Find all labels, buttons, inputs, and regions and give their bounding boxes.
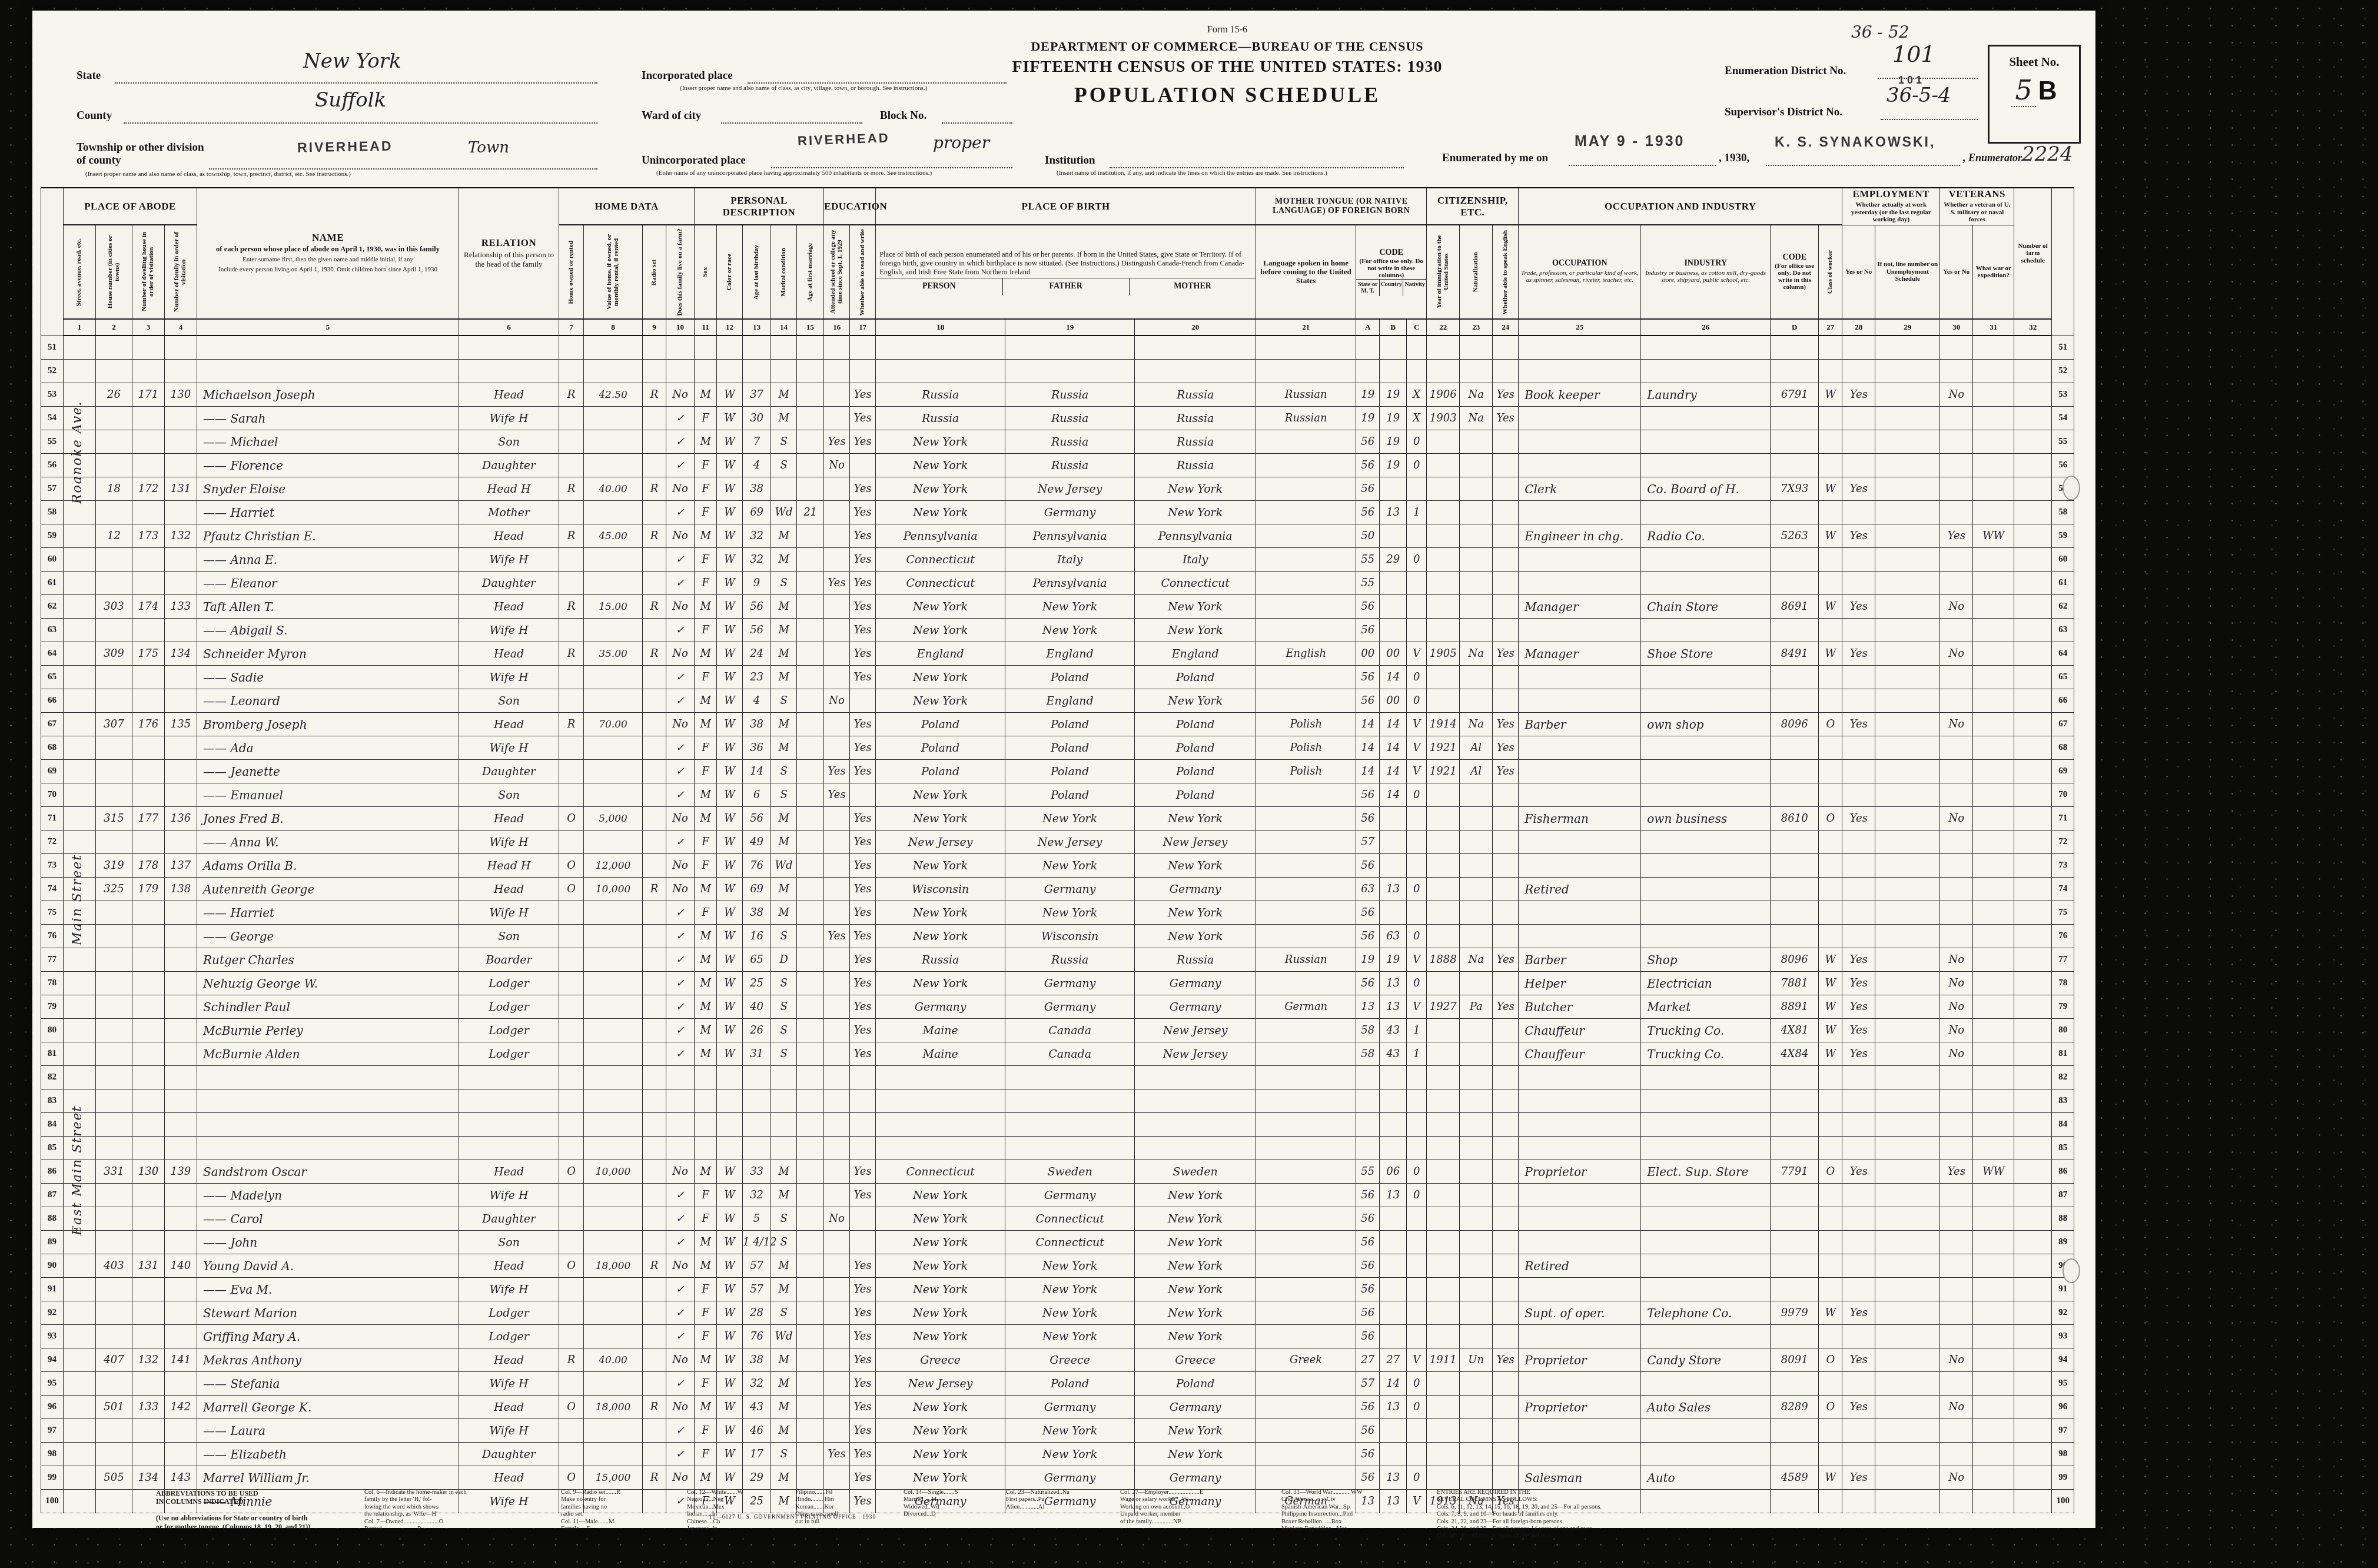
township-script: Town <box>468 139 509 157</box>
cell-bp: Poland <box>876 713 1005 736</box>
cell-fs <box>2014 595 2052 619</box>
person-row: 8585 <box>41 1137 2074 1160</box>
cell-war <box>1973 1466 2014 1490</box>
cell-dw: 178 <box>132 854 165 878</box>
cell-cls <box>1819 1113 1842 1137</box>
cell-sex: F <box>695 1325 717 1348</box>
census-sheet: Form 15-6 DEPARTMENT OF COMMERCE—BUREAU … <box>32 11 2095 1528</box>
cell-fs <box>2014 760 2052 783</box>
cell-yr <box>1427 454 1460 477</box>
ed-line <box>1878 66 1978 79</box>
cell-race: W <box>717 1231 743 1254</box>
cell-occ <box>1519 1113 1641 1137</box>
column-number: 24 <box>1493 319 1519 335</box>
cell-rw <box>850 454 876 477</box>
cell-un <box>1875 1066 1940 1089</box>
cell-code <box>1771 878 1819 901</box>
cell-radio: R <box>643 1396 666 1419</box>
cell-bf: Germany <box>1005 1466 1135 1490</box>
cell-mar: M <box>771 1466 797 1490</box>
cell-rel: Wife H <box>459 666 559 689</box>
cell-bm: New York <box>1135 901 1256 925</box>
cell-vet <box>1940 901 1973 925</box>
cell-ind <box>1641 854 1771 878</box>
column-number: 20 <box>1135 319 1256 335</box>
cell-sex: F <box>695 1419 717 1443</box>
line-number: 79 <box>41 995 64 1019</box>
cell-fam <box>165 1019 197 1042</box>
column-family-number: Number of family in order of visitation <box>165 225 197 319</box>
cell-sex: M <box>695 383 717 407</box>
cell-cb <box>1380 1254 1407 1278</box>
cell-race: W <box>717 1019 743 1042</box>
line-number: 80 <box>41 1019 64 1042</box>
cell-fam: 137 <box>165 854 197 878</box>
cell-age: 1 4/12 <box>743 1231 771 1254</box>
column-number: 9 <box>643 319 666 335</box>
cell-war: WW <box>1973 1160 2014 1184</box>
cell-cc <box>1407 1278 1427 1301</box>
cell-rw: Yes <box>850 477 876 501</box>
cell-cls: O <box>1819 1160 1842 1184</box>
cell-emp <box>1842 878 1875 901</box>
cell-un <box>1875 1207 1940 1231</box>
cell-bp: New York <box>876 477 1005 501</box>
cell-bm: Russia <box>1135 454 1256 477</box>
code-title: CODE <box>1356 248 1426 258</box>
cell-ca: 56 <box>1356 1184 1380 1207</box>
cell-mar: M <box>771 901 797 925</box>
cell-cls <box>1819 407 1842 430</box>
cell-bf: Poland <box>1005 1372 1135 1396</box>
street-name-label: Roanoke Ave. <box>70 359 85 545</box>
cell-un <box>1875 666 1940 689</box>
cell-rw: Yes <box>850 1325 876 1348</box>
column-house-number: House number (in cities or towns) <box>96 225 132 319</box>
cell-eng <box>1493 854 1519 878</box>
cell-st <box>64 1325 96 1348</box>
cell-yr <box>1427 689 1460 713</box>
cell-race: W <box>717 1419 743 1443</box>
sd-label: Supervisor's District No. <box>1725 106 1842 119</box>
cell-occ: Barber <box>1519 713 1641 736</box>
cell-age: 14 <box>743 760 771 783</box>
cell-eng: Yes <box>1493 407 1519 430</box>
cell-dw: 132 <box>132 1348 165 1372</box>
cell-race: W <box>717 948 743 972</box>
cell-ca: 57 <box>1356 1372 1380 1396</box>
cell-emp <box>1842 1137 1875 1160</box>
group-employment: EMPLOYMENT Whether actually at work yest… <box>1842 188 1940 225</box>
cell-fs <box>2014 1348 2052 1372</box>
cell-age: 37 <box>743 383 771 407</box>
cell-dw <box>132 783 165 807</box>
cell-mar: S <box>771 454 797 477</box>
cell-un <box>1875 901 1940 925</box>
cell-ind: Trucking Co. <box>1641 1019 1771 1042</box>
cell-lang <box>1256 1160 1356 1184</box>
cell-bm: New York <box>1135 1207 1256 1231</box>
cell-un <box>1875 1184 1940 1207</box>
cell-yr <box>1427 1443 1460 1466</box>
cell-emp <box>1842 1066 1875 1089</box>
cell-hn <box>96 1089 132 1113</box>
cell-mar: M <box>771 548 797 572</box>
cell-mar: M <box>771 1396 797 1419</box>
cell-yr <box>1427 1325 1460 1348</box>
cell-bm <box>1135 1113 1256 1137</box>
cell-farm: No <box>666 524 695 548</box>
cell-am <box>797 1348 824 1372</box>
cell-yr <box>1427 878 1460 901</box>
line-number: 51 <box>2052 335 2074 360</box>
cell-race: W <box>717 383 743 407</box>
cell-fam <box>165 335 197 360</box>
column-number: 14 <box>771 319 797 335</box>
cell-war <box>1973 830 2014 854</box>
cell-sex: F <box>695 572 717 595</box>
cell-bf <box>1005 1066 1135 1089</box>
cell-vet: No <box>1940 1348 1973 1372</box>
cell-rw: Yes <box>850 501 876 524</box>
cell-ca <box>1356 1066 1380 1089</box>
cell-fam <box>165 783 197 807</box>
cell-cb <box>1380 807 1407 830</box>
line-number: 60 <box>2052 548 2074 572</box>
cell-or <box>559 501 584 524</box>
relation-desc: Relationship of this person to the head … <box>459 249 559 270</box>
cell-un <box>1875 430 1940 454</box>
cell-yr: 1905 <box>1427 642 1460 666</box>
cell-name <box>197 1137 459 1160</box>
cell-ind <box>1641 1254 1771 1278</box>
cell-hn: 407 <box>96 1348 132 1372</box>
cell-bp: England <box>876 642 1005 666</box>
cell-sex: M <box>695 1348 717 1372</box>
cell-nat <box>1460 1042 1493 1066</box>
cell-sex: F <box>695 501 717 524</box>
cell-bf: New York <box>1005 619 1135 642</box>
cell-bm: Germany <box>1135 1396 1256 1419</box>
cell-or <box>559 407 584 430</box>
cell-am <box>797 430 824 454</box>
cell-or: O <box>559 1466 584 1490</box>
cell-emp <box>1842 407 1875 430</box>
line-number: 55 <box>2052 430 2074 454</box>
cell-sch <box>824 878 850 901</box>
column-number: 6 <box>459 319 559 335</box>
cell-nat <box>1460 477 1493 501</box>
cell-eng <box>1493 878 1519 901</box>
unincorporated-stamp: RIVERHEAD <box>798 130 890 148</box>
column-number: 8 <box>584 319 643 335</box>
person-row: 92Stewart MarionLodger✓FW28SYesNew YorkN… <box>41 1301 2074 1325</box>
cell-lang: Russian <box>1256 383 1356 407</box>
cell-dw <box>132 1137 165 1160</box>
cell-val <box>584 995 643 1019</box>
person-row: 88—— CarolDaughter✓FW5SNoNew YorkConnect… <box>41 1207 2074 1231</box>
cell-race: W <box>717 666 743 689</box>
cell-fam <box>165 925 197 948</box>
cell-am <box>797 1372 824 1396</box>
cell-bf: Poland <box>1005 783 1135 807</box>
cell-or: R <box>559 595 584 619</box>
cell-fs <box>2014 995 2052 1019</box>
cell-bf: Poland <box>1005 736 1135 760</box>
cell-fs <box>2014 1278 2052 1301</box>
cell-fam <box>165 1066 197 1089</box>
cell-val: 15,000 <box>584 1466 643 1490</box>
cell-name: Taft Allen T. <box>197 595 459 619</box>
cell-rw <box>850 1113 876 1137</box>
cell-farm: No <box>666 1466 695 1490</box>
cell-bm <box>1135 1137 1256 1160</box>
cell-dw <box>132 572 165 595</box>
cell-val <box>584 1372 643 1396</box>
cell-name: —— Ada <box>197 736 459 760</box>
cell-lang <box>1256 501 1356 524</box>
cell-cb: 19 <box>1380 948 1407 972</box>
cell-code: 7881 <box>1771 972 1819 995</box>
cell-mar: S <box>771 925 797 948</box>
cell-ind: Trucking Co. <box>1641 1042 1771 1066</box>
cell-cls: O <box>1819 807 1842 830</box>
line-number: 71 <box>2052 807 2074 830</box>
cell-bf: New Jersey <box>1005 830 1135 854</box>
cell-cc <box>1407 524 1427 548</box>
cell-val <box>584 572 643 595</box>
cell-cc <box>1407 1301 1427 1325</box>
cell-yr <box>1427 1396 1460 1419</box>
cell-occ: Proprietor <box>1519 1348 1641 1372</box>
cell-un <box>1875 477 1940 501</box>
cell-ind <box>1641 572 1771 595</box>
cell-lang <box>1256 619 1356 642</box>
person-row: 80McBurnie PerleyLodger✓MW26SYesMaineCan… <box>41 1019 2074 1042</box>
cell-un <box>1875 1419 1940 1443</box>
cell-hn: 501 <box>96 1396 132 1419</box>
cell-lang <box>1256 477 1356 501</box>
cell-code <box>1771 689 1819 713</box>
cell-or: O <box>559 854 584 878</box>
cell-occ <box>1519 1231 1641 1254</box>
cell-fam <box>165 1184 197 1207</box>
line-number: 91 <box>41 1278 64 1301</box>
cell-radio <box>643 1278 666 1301</box>
cell-dw <box>132 430 165 454</box>
cell-rel: Mother <box>459 501 559 524</box>
cell-hn: 18 <box>96 477 132 501</box>
ed-label: Enumeration District No. <box>1725 65 1846 78</box>
cell-val: 70.00 <box>584 713 643 736</box>
cell-vet <box>1940 1184 1973 1207</box>
cell-yr <box>1427 619 1460 642</box>
cell-mar: S <box>771 1019 797 1042</box>
column-number: 21 <box>1256 319 1356 335</box>
cell-un <box>1875 854 1940 878</box>
cell-vet <box>1940 407 1973 430</box>
enumeration-date-stamp: MAY 9 - 1930 <box>1575 133 1685 150</box>
cell-bm: New York <box>1135 1231 1256 1254</box>
cell-race: W <box>717 1254 743 1278</box>
cell-name: Pfautz Christian E. <box>197 524 459 548</box>
cell-am <box>797 972 824 995</box>
cell-st <box>64 1490 96 1513</box>
cell-dw <box>132 1184 165 1207</box>
cell-farm: ✓ <box>666 783 695 807</box>
cell-am <box>797 666 824 689</box>
cell-name: —— Michael <box>197 430 459 454</box>
group-veterans: VETERANS Whether a veteran of U. S. mili… <box>1940 188 2014 225</box>
person-row: 73319178137Adams Orilla B.Head HO12,000N… <box>41 854 2074 878</box>
cell-radio <box>643 830 666 854</box>
cell-name: —— Florence <box>197 454 459 477</box>
cell-mar: M <box>771 1348 797 1372</box>
cell-mar: M <box>771 407 797 430</box>
cell-radio <box>643 501 666 524</box>
state-label: State <box>77 69 101 82</box>
cell-rw: Yes <box>850 407 876 430</box>
cell-rw: Yes <box>850 736 876 760</box>
cell-cc <box>1407 1231 1427 1254</box>
cell-val <box>584 454 643 477</box>
cell-sex: M <box>695 972 717 995</box>
cell-dw <box>132 830 165 854</box>
cell-rel: Son <box>459 1231 559 1254</box>
cell-bf: Russia <box>1005 407 1135 430</box>
line-number: 68 <box>41 736 64 760</box>
cell-lang <box>1256 1278 1356 1301</box>
cell-code <box>1771 501 1819 524</box>
column-number: B <box>1380 319 1407 335</box>
cell-war <box>1973 1254 2014 1278</box>
cell-vet: No <box>1940 972 1973 995</box>
cell-fs <box>2014 1113 2052 1137</box>
cell-cc <box>1407 1066 1427 1089</box>
cell-bp <box>876 335 1005 360</box>
cell-un <box>1875 689 1940 713</box>
cell-yr <box>1427 524 1460 548</box>
cell-nat <box>1460 335 1493 360</box>
cell-ca: 56 <box>1356 807 1380 830</box>
line-number: 61 <box>41 572 64 595</box>
cell-sex: M <box>695 1254 717 1278</box>
enumerator-name-line <box>1766 153 1960 166</box>
cell-race <box>717 1113 743 1137</box>
cell-age: 31 <box>743 1042 771 1066</box>
cell-or <box>559 1184 584 1207</box>
cell-sch <box>824 995 850 1019</box>
cell-bp: Russia <box>876 948 1005 972</box>
cell-dw: 134 <box>132 1466 165 1490</box>
cell-cb <box>1380 1066 1407 1089</box>
cell-bf: Germany <box>1005 501 1135 524</box>
cell-am <box>797 1207 824 1231</box>
column-number: 7 <box>559 319 584 335</box>
line-number: 82 <box>41 1066 64 1089</box>
cell-nat: Pa <box>1460 995 1493 1019</box>
cell-name: —— Harriet <box>197 901 459 925</box>
cell-val <box>584 335 643 360</box>
cell-fs <box>2014 1231 2052 1254</box>
cell-bp: New Jersey <box>876 830 1005 854</box>
cell-emp <box>1842 783 1875 807</box>
cell-ca: 50 <box>1356 524 1380 548</box>
cell-lang: Greek <box>1256 1348 1356 1372</box>
cell-fs <box>2014 1184 2052 1207</box>
cell-sex: M <box>695 1042 717 1066</box>
cell-emp: Yes <box>1842 1466 1875 1490</box>
cell-lang <box>1256 1419 1356 1443</box>
cell-fs <box>2014 407 2052 430</box>
cell-ca: 13 <box>1356 995 1380 1019</box>
cell-fs <box>2014 1066 2052 1089</box>
cell-nat <box>1460 1184 1493 1207</box>
cell-bm: New York <box>1135 925 1256 948</box>
line-number: 79 <box>2052 995 2074 1019</box>
code-subheader: CODE (For office use only. Do not write … <box>1356 225 1427 319</box>
cell-emp: Yes <box>1842 524 1875 548</box>
cell-fam: 130 <box>165 383 197 407</box>
cell-race: W <box>717 1325 743 1348</box>
cell-bp: New York <box>876 972 1005 995</box>
cell-rel: Head <box>459 1254 559 1278</box>
column-farm-family: Does this family live on a farm? <box>666 225 695 319</box>
cell-fam: 140 <box>165 1254 197 1278</box>
person-row: 74325179138Autenreith GeorgeHeadO10,000R… <box>41 878 2074 901</box>
cell-war <box>1973 454 2014 477</box>
cell-bm: Connecticut <box>1135 572 1256 595</box>
cell-vet <box>1940 1254 1973 1278</box>
cell-st <box>64 619 96 642</box>
cell-sex: M <box>695 524 717 548</box>
cell-am <box>797 807 824 830</box>
cell-occ <box>1519 1372 1641 1396</box>
cell-emp: Yes <box>1842 1042 1875 1066</box>
cell-occ <box>1519 1278 1641 1301</box>
cell-occ: Chauffeur <box>1519 1042 1641 1066</box>
legend-col14: Col. 14—Single.......S Married.....M Wid… <box>904 1489 986 1519</box>
cell-un <box>1875 454 1940 477</box>
cell-am <box>797 477 824 501</box>
cell-mar: Wd <box>771 1325 797 1348</box>
cell-war <box>1973 854 2014 878</box>
cell-bm: Pennsylvania <box>1135 524 1256 548</box>
cell-cb <box>1380 335 1407 360</box>
cell-yr <box>1427 595 1460 619</box>
cell-vet <box>1940 878 1973 901</box>
line-number: 65 <box>41 666 64 689</box>
cell-emp <box>1842 689 1875 713</box>
person-row: 67307176135Bromberg JosephHeadR70.00NoMW… <box>41 713 2074 736</box>
cell-farm: ✓ <box>666 1207 695 1231</box>
cell-rw: Yes <box>850 619 876 642</box>
cell-val <box>584 407 643 430</box>
cell-code <box>1771 1278 1819 1301</box>
cell-emp: Yes <box>1842 1396 1875 1419</box>
punch-hole <box>2063 476 2080 500</box>
cell-mar: M <box>771 830 797 854</box>
cell-name: —— Eva M. <box>197 1278 459 1301</box>
cell-un <box>1875 1348 1940 1372</box>
cell-emp: Yes <box>1842 713 1875 736</box>
cell-farm <box>666 1137 695 1160</box>
cell-sch: No <box>824 689 850 713</box>
cell-race: W <box>717 642 743 666</box>
person-row: 65—— SadieWife H✓FW23MYesNew YorkPolandP… <box>41 666 2074 689</box>
line-number: 84 <box>41 1113 64 1137</box>
cell-radio <box>643 1372 666 1396</box>
